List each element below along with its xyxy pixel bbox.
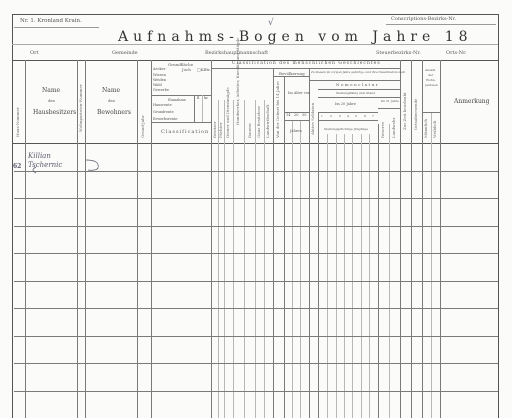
jahre-line2 (318, 120, 378, 121)
einnahme-col-b: kr. (204, 97, 209, 101)
age-col: 30 (302, 114, 306, 118)
top-left-label: Nr. 1. Kronland Krain. (20, 19, 82, 25)
frame-top (12, 14, 498, 15)
row-line (14, 281, 498, 282)
col-line-11 (378, 124, 379, 418)
class-col-paechter: Pächter (219, 122, 223, 138)
header-grund-jahr: Grund-Jahr (141, 115, 145, 138)
thin-line (344, 134, 345, 418)
grundflaeche-col-klafter: □Klftr. (197, 68, 211, 72)
class-col-handwerker: Handwerker, Arbeiter, Knechte und Mägde (236, 38, 240, 125)
class-col-diener: Diener und Dienstmägde (226, 87, 230, 138)
col-line-14 (422, 60, 423, 418)
militaer-line (309, 80, 400, 81)
dienst-col-landwehr: Landwehr (392, 118, 396, 138)
thin-line (264, 100, 265, 418)
header-beurlaubte: Zur Zeit beurlaubt (403, 92, 407, 130)
bevoelkerung-geburt: Von der Geburt bis 14 Jahre (276, 81, 280, 138)
header-name-hausbesitzer-2: des (48, 99, 55, 103)
col-line-4 (137, 60, 138, 418)
header-stellungspflichtige: Stellungspflichtige Jünglinge (324, 128, 368, 131)
form-title: Aufnahms-Bogen vom Jahre 18 (118, 29, 473, 45)
anzahl-line-2: der (428, 74, 433, 77)
row-line (14, 363, 498, 364)
nomenclatur-line (318, 89, 400, 90)
jahre-col: 5 (355, 115, 357, 118)
header-stand: Stellungsfähig zum Stand (336, 92, 375, 95)
row-line (14, 226, 498, 227)
col-line-10 (318, 112, 319, 418)
col-line-5 (151, 60, 152, 418)
col-line-15 (440, 60, 441, 418)
top-left-underline (14, 27, 99, 28)
row-line (14, 253, 498, 254)
anzahl-line-1: Anzahl (425, 69, 435, 72)
jahre-col: 4 (347, 115, 349, 118)
jahre-col: 6 (364, 115, 366, 118)
age-col: 14 (286, 114, 290, 118)
header-wohnparteien: Wohnparteien-Nummer (79, 84, 83, 132)
header-name-bewohner-2: des (108, 99, 115, 103)
thin-line (389, 124, 390, 418)
thin-line (352, 134, 353, 418)
thin-line (224, 100, 225, 418)
header-militaer: Zu diesem im vorigen Jahre gehörige, und… (311, 71, 405, 74)
row-line (14, 198, 498, 199)
row-line (14, 391, 498, 392)
stand-line (318, 97, 400, 98)
grundflaeche-row: Wiesen (153, 74, 166, 78)
entry-haus-nummer: 62 (13, 163, 21, 170)
anzahl-line (422, 112, 440, 113)
thin-line (300, 120, 301, 418)
age-col: 20 (294, 114, 298, 118)
col-line-13 (411, 60, 412, 418)
einnahme-sep (194, 95, 195, 122)
top-right-underline (386, 24, 496, 25)
header-name-bewohner-3: Bewohners (97, 110, 131, 116)
thin-line (369, 134, 370, 418)
top-right-label: Conscriptions-Bezirks-Nr. (391, 17, 456, 22)
thin-line (336, 134, 337, 418)
jahre-line (318, 112, 378, 113)
label-gemeinde: Gemeinde (112, 51, 138, 56)
thin-line (431, 112, 432, 418)
einnahme-header: Einnahme (168, 99, 186, 103)
bevoelkerung-jahren: Jahren (290, 130, 302, 134)
bevoelkerung-line (273, 76, 309, 77)
col-line-3 (85, 60, 86, 418)
label-steuer: Steuerbezirks-Nr. (376, 51, 421, 56)
col-line-7 (273, 68, 274, 418)
header-aktive: Aktive Soldaten (311, 103, 315, 135)
col-line-8 (284, 76, 285, 418)
class-col-besitzer: Besitzer (213, 121, 217, 138)
thin-line (361, 134, 362, 418)
thin-line (255, 100, 256, 418)
thin-line (292, 120, 293, 418)
thin-line (233, 100, 234, 418)
einnahme-col-a: fl. (197, 97, 200, 101)
einnahme-sep2 (202, 95, 203, 122)
title-checkmark: √ (268, 19, 274, 28)
grundflaeche-row: Weiden (153, 79, 166, 83)
label-ort: Ort (30, 51, 39, 56)
anzahl-col-weiblich: Weiblich (433, 121, 437, 138)
dienst-line (378, 108, 400, 109)
bevoelkerung-age-line2 (284, 120, 309, 121)
header-name-bewohner-1: Name (102, 88, 120, 94)
col-line-1 (25, 60, 26, 418)
label-orts-nr: Orts-Nr. (446, 51, 467, 56)
header-bemerkung: Anmerkung (454, 99, 490, 105)
row-line (14, 336, 498, 337)
header-haus-nummer: Haus-Nummer (16, 107, 20, 137)
jahre-col: 3 (339, 115, 341, 118)
col-line-6 (211, 60, 212, 418)
bevoelkerung-alter: Im Alter von (288, 92, 310, 96)
dienst-col-reserve: Reserve (381, 122, 385, 138)
grundflaeche-row: Aecker (153, 68, 165, 72)
header-dienst: Im 21 Jahre (381, 100, 399, 103)
class-col-besitzlose: Ganz Besitzlose (257, 106, 261, 138)
col-line-12 (400, 60, 401, 418)
thin-line (218, 100, 219, 418)
header-ortsabwesende: Ortsabwesende (414, 98, 418, 130)
anzahl-line-4: parteien (425, 84, 438, 87)
header-nomenclatur: Nomenclatur (336, 83, 379, 87)
jahre-col: 1 (321, 115, 323, 118)
frame-right (498, 14, 499, 418)
einnahme-row: Erwerbsrente (153, 118, 177, 122)
classification-label: Classification (161, 130, 209, 135)
jahre-col: 7 (372, 115, 374, 118)
einnahme-row: Hausrente (153, 104, 172, 108)
jahre-col: 2 (330, 115, 332, 118)
header-classification: Classification des menschlichen Geschlec… (232, 62, 381, 67)
header-name-hausbesitzer-3: Hausbesitzers (33, 110, 76, 116)
thin-line (244, 100, 245, 418)
anzahl-col-maennlich: Männlich (424, 119, 428, 138)
header-name-hausbesitzer-1: Name (42, 88, 60, 94)
anzahl-line-3: Wohn- (426, 79, 436, 82)
thin-line (327, 134, 328, 418)
class-col-bauern: Bauern (248, 123, 252, 138)
classification-divider (151, 122, 211, 123)
class-col-landwirthschaft: Landwirthschaft (266, 105, 270, 138)
row-line (14, 308, 498, 309)
frame-left (12, 14, 13, 418)
einnahme-row: Grundrente (153, 111, 174, 115)
grundflaeche-row: Gewerbe (153, 89, 169, 93)
grundflaeche-row: Wald (153, 84, 162, 88)
header-jahre: Im 20 Jahre (335, 103, 356, 107)
handwritten-bracket-icon (28, 154, 103, 174)
row2-top-line (12, 44, 498, 45)
grundflaeche-col-joch: Joch (182, 68, 191, 72)
